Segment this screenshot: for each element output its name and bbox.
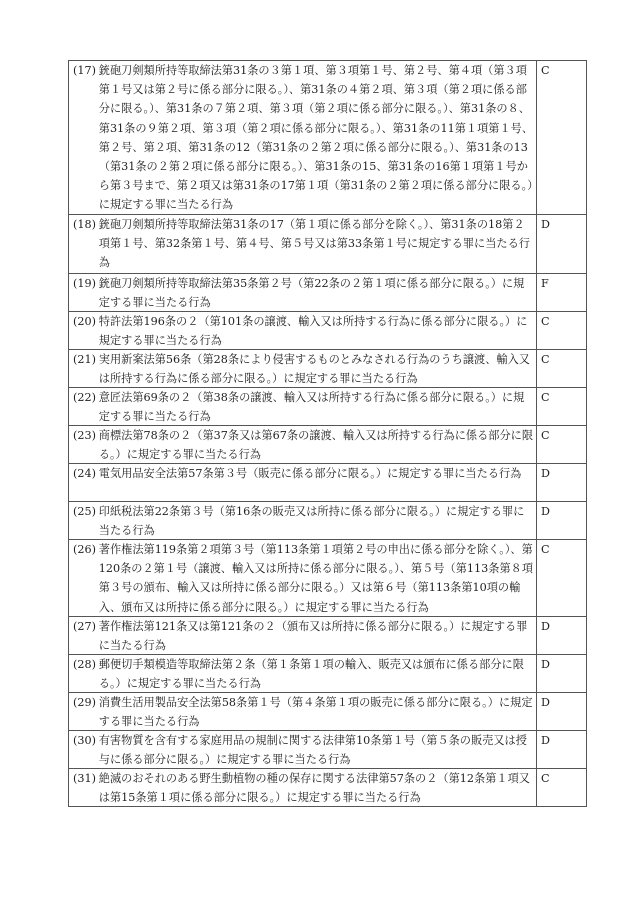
- item-number: (26): [73, 540, 99, 559]
- item-number: (31): [73, 769, 99, 788]
- offense-description-cell: (17)銃砲刀剣類所持等取締法第31条の３第１項、第３項第１号、第２号、第４項（…: [69, 61, 537, 215]
- offense-text: 商標法第78条の２（第37条又は第67条の譲渡、輸入又は所持する行為に係る部分に…: [99, 429, 533, 461]
- item-number: (20): [73, 312, 99, 331]
- offense-text: 郵便切手類模造等取締法第２条（第１条第１項の輸入、販売又は頒布に係る部分に限る。…: [99, 658, 524, 690]
- offense-description-cell: (27)著作権法第121条又は第121条の２（頒布又は所持に係る部分に限る。）に…: [69, 617, 537, 655]
- table-row: (24)電気用品安全法第57条第３号（販売に係る部分に限る。）に規定する罪に当た…: [69, 464, 587, 502]
- table-row: (26)著作権法第119条第２項第３号（第113条第１項第２号の申出に係る部分を…: [69, 540, 587, 617]
- offense-text: 消費生活用製品安全法第58条第１号（第４条第１項の販売に係る部分に限る。）に規定…: [99, 696, 533, 728]
- offense-grade-table: (17)銃砲刀剣類所持等取締法第31条の３第１項、第３項第１号、第２号、第４項（…: [68, 60, 587, 807]
- offense-text: 実用新案法第56条（第28条により侵害するものとみなされる行為のうち譲渡、輸入又…: [99, 353, 530, 385]
- table-row: (22)意匠法第69条の２（第38条の譲渡、輸入又は所持する行為に係る部分に限る…: [69, 388, 587, 426]
- item-number: (29): [73, 693, 99, 712]
- item-number: (18): [73, 215, 99, 234]
- table-row: (30)有害物質を含有する家庭用品の規制に関する法律第10条第１号（第５条の販売…: [69, 731, 587, 769]
- grade-cell: C: [537, 61, 587, 215]
- grade-cell: F: [537, 274, 587, 312]
- offense-text: 有害物質を含有する家庭用品の規制に関する法律第10条第１号（第５条の販売又は授与…: [99, 734, 527, 766]
- item-number: (27): [73, 617, 99, 636]
- offense-text: 著作権法第121条又は第121条の２（頒布又は所持に係る部分に限る。）に規定する…: [99, 620, 528, 652]
- offense-description-cell: (29)消費生活用製品安全法第58条第１号（第４条第１項の販売に係る部分に限る。…: [69, 693, 537, 731]
- grade-cell: D: [537, 464, 587, 502]
- item-number: (23): [73, 426, 99, 445]
- offense-text: 印紙税法第22条第３号（第16条の販売又は所持に係る部分に限る。）に規定する罪に…: [99, 505, 525, 537]
- item-number: (17): [73, 61, 99, 80]
- grade-cell: C: [537, 769, 587, 807]
- offense-description-cell: (23)商標法第78条の２（第37条又は第67条の譲渡、輸入又は所持する行為に係…: [69, 426, 537, 464]
- offense-text: 著作権法第119条第２項第３号（第113条第１項第２号の申出に係る部分を除く。）…: [99, 543, 533, 614]
- table-row: (27)著作権法第121条又は第121条の２（頒布又は所持に係る部分に限る。）に…: [69, 617, 587, 655]
- item-number: (30): [73, 731, 99, 750]
- table-body: (17)銃砲刀剣類所持等取締法第31条の３第１項、第３項第１号、第２号、第４項（…: [69, 61, 587, 807]
- grade-cell: C: [537, 426, 587, 464]
- grade-cell: D: [537, 655, 587, 693]
- table-row: (18)銃砲刀剣類所持等取締法第31条の17（第１項に係る部分を除く。）、第31…: [69, 215, 587, 274]
- table-row: (29)消費生活用製品安全法第58条第１号（第４条第１項の販売に係る部分に限る。…: [69, 693, 587, 731]
- item-number: (28): [73, 655, 99, 674]
- offense-description-cell: (20)特許法第196条の２（第101条の譲渡、輸入又は所持する行為に係る部分に…: [69, 312, 537, 350]
- offense-description-cell: (31)絶滅のおそれのある野生動植物の種の保存に関する法律第57条の２（第12条…: [69, 769, 537, 807]
- grade-cell: D: [537, 617, 587, 655]
- offense-description-cell: (26)著作権法第119条第２項第３号（第113条第１項第２号の申出に係る部分を…: [69, 540, 537, 617]
- table-row: (25)印紙税法第22条第３号（第16条の販売又は所持に係る部分に限る。）に規定…: [69, 502, 587, 540]
- offense-description-cell: (22)意匠法第69条の２（第38条の譲渡、輸入又は所持する行為に係る部分に限る…: [69, 388, 537, 426]
- item-number: (22): [73, 388, 99, 407]
- grade-cell: C: [537, 388, 587, 426]
- grade-cell: D: [537, 731, 587, 769]
- offense-description-cell: (24)電気用品安全法第57条第３号（販売に係る部分に限る。）に規定する罪に当た…: [69, 464, 537, 502]
- item-number: (21): [73, 350, 99, 369]
- offense-text: 銃砲刀剣類所持等取締法第31条の17（第１項に係る部分を除く。）、第31条の18…: [99, 218, 530, 269]
- grade-cell: D: [537, 693, 587, 731]
- offense-text: 銃砲刀剣類所持等取締法第31条の３第１項、第３項第１号、第２号、第４項（第３項第…: [99, 64, 533, 211]
- grade-cell: C: [537, 540, 587, 617]
- offense-description-cell: (18)銃砲刀剣類所持等取締法第31条の17（第１項に係る部分を除く。）、第31…: [69, 215, 537, 274]
- item-number: (19): [73, 274, 99, 293]
- table-row: (21)実用新案法第56条（第28条により侵害するものとみなされる行為のうち譲渡…: [69, 350, 587, 388]
- table-row: (23)商標法第78条の２（第37条又は第67条の譲渡、輸入又は所持する行為に係…: [69, 426, 587, 464]
- document-page: { "table": { "rows": [ {"num": "(17)", "…: [0, 0, 630, 903]
- item-number: (25): [73, 502, 99, 521]
- table-row: (31)絶滅のおそれのある野生動植物の種の保存に関する法律第57条の２（第12条…: [69, 769, 587, 807]
- grade-cell: D: [537, 502, 587, 540]
- table-row: (20)特許法第196条の２（第101条の譲渡、輸入又は所持する行為に係る部分に…: [69, 312, 587, 350]
- offense-text: 銃砲刀剣類所持等取締法第35条第２号（第22条の２第１項に係る部分に限る。）に規…: [99, 277, 525, 309]
- offense-description-cell: (28)郵便切手類模造等取締法第２条（第１条第１項の輸入、販売又は頒布に係る部分…: [69, 655, 537, 693]
- table-row: (28)郵便切手類模造等取締法第２条（第１条第１項の輸入、販売又は頒布に係る部分…: [69, 655, 587, 693]
- grade-cell: C: [537, 312, 587, 350]
- table-row: (17)銃砲刀剣類所持等取締法第31条の３第１項、第３項第１号、第２号、第４項（…: [69, 61, 587, 215]
- grade-cell: D: [537, 215, 587, 274]
- offense-text: 絶滅のおそれのある野生動植物の種の保存に関する法律第57条の２（第12条第１項又…: [99, 772, 530, 804]
- offense-description-cell: (25)印紙税法第22条第３号（第16条の販売又は所持に係る部分に限る。）に規定…: [69, 502, 537, 540]
- grade-cell: C: [537, 350, 587, 388]
- item-number: (24): [73, 464, 99, 483]
- offense-description-cell: (30)有害物質を含有する家庭用品の規制に関する法律第10条第１号（第５条の販売…: [69, 731, 537, 769]
- offense-text: 特許法第196条の２（第101条の譲渡、輸入又は所持する行為に係る部分に限る。）…: [99, 315, 528, 347]
- offense-text: 電気用品安全法第57条第３号（販売に係る部分に限る。）に規定する罪に当たる行為: [99, 467, 522, 480]
- offense-text: 意匠法第69条の２（第38条の譲渡、輸入又は所持する行為に係る部分に限る。）に規…: [99, 391, 525, 423]
- offense-description-cell: (21)実用新案法第56条（第28条により侵害するものとみなされる行為のうち譲渡…: [69, 350, 537, 388]
- offense-description-cell: (19)銃砲刀剣類所持等取締法第35条第２号（第22条の２第１項に係る部分に限る…: [69, 274, 537, 312]
- table-row: (19)銃砲刀剣類所持等取締法第35条第２号（第22条の２第１項に係る部分に限る…: [69, 274, 587, 312]
